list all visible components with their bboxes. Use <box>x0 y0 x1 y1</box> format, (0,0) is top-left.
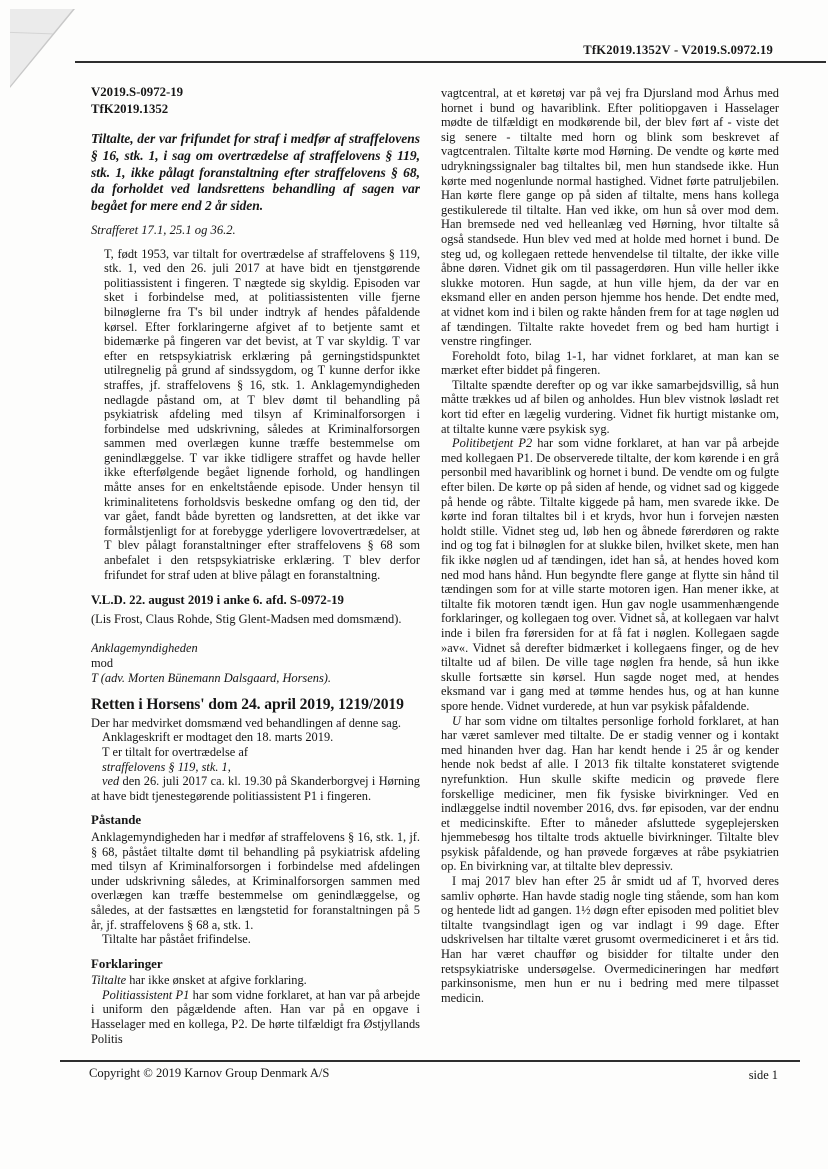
header-rule <box>75 61 826 63</box>
header-citation: TfK2019.1352V - V2019.S.0972.19 <box>583 43 773 58</box>
testimony-defendant: Tiltalte har ikke ønsket at afgive forkl… <box>91 973 420 988</box>
testimony-officer-p1: Politiassistent P1 har som vidne forklar… <box>91 988 420 1046</box>
prosecution-claim-paragraph: Anklagemyndigheden har i medfør af straf… <box>91 830 420 932</box>
copyright-line: Copyright © 2019 Karnov Group Denmark A/… <box>89 1066 329 1081</box>
testimony-witness-u-continued: I maj 2017 blev han efter 25 år smidt ud… <box>441 874 779 1005</box>
page-number: side 1 <box>749 1068 778 1083</box>
testimony-witness-u-lead: U <box>452 714 461 728</box>
page-corner-fold <box>10 9 73 86</box>
statute-reference-line: straffelovens § 119, stk. 1, <box>91 760 420 775</box>
defense-claim-line: Tiltalte har påstået frifindelse. <box>91 932 420 947</box>
case-number-secondary: TfK2019.1352 <box>91 101 420 118</box>
testimony-defendant-rest: har ikke ønsket at afgive forklaring. <box>126 973 307 987</box>
section-heading-forklaringer: Forklaringer <box>91 957 420 972</box>
right-column: vagtcentral, at et køretøj var på vej fr… <box>441 86 779 1058</box>
testimony-officer-p1-lead: Politiassistent P1 <box>102 988 189 1002</box>
testimony-witness-u: U har som vidne om tiltaltes personlige … <box>441 714 779 875</box>
headnote: Tiltalte, der var frifundet for straf i … <box>91 131 420 215</box>
charge-lead-word: ved <box>102 774 119 788</box>
testimony-officer-p2-lead: Politibetjent P2 <box>452 436 532 450</box>
left-column: V2019.S-0972-19 TfK2019.1352 Tiltalte, d… <box>91 84 420 1058</box>
intro-indictment-line: Anklageskrift er modtaget den 18. marts … <box>91 730 420 745</box>
testimony-officer-p2-rest: har som vidne forklaret, at han var på a… <box>441 436 779 713</box>
section-heading-pastande: Påstande <box>91 813 420 828</box>
document-page: TfK2019.1352V - V2019.S.0972.19 V2019.S-… <box>0 0 828 1169</box>
party-defendant: T (adv. Morten Bünemann Dalsgaard, Horse… <box>91 671 420 686</box>
photo-exhibit-paragraph: Foreholdt foto, bilag 1-1, har vidnet fo… <box>441 349 779 378</box>
intro-charge-line: T er tiltalt for overtrædelse af <box>91 745 420 760</box>
testimony-officer-p1-continued: vagtcentral, at et køretøj var på vej fr… <box>441 86 779 349</box>
testimony-defendant-lead: Tiltalte <box>91 973 126 987</box>
arrest-paragraph: Tiltalte spændte derefter op og var ikke… <box>441 378 779 436</box>
case-summary: T, født 1953, var tiltalt for overtrædel… <box>104 247 420 583</box>
parties-block: Anklagemyndigheden mod T (adv. Morten Bü… <box>91 641 420 685</box>
appeal-judgment-heading: V.L.D. 22. august 2019 i anke 6. afd. S-… <box>91 593 420 608</box>
intro-participation-line: Der har medvirket domsmænd ved behandlin… <box>91 716 420 731</box>
testimony-officer-p2: Politibetjent P2 har som vidne forklaret… <box>441 436 779 713</box>
charge-rest-text: den 26. juli 2017 ca. kl. 19.30 på Skand… <box>91 774 420 803</box>
footer-rule <box>60 1060 800 1062</box>
judges-line: (Lis Frost, Claus Rohde, Stig Glent-Mads… <box>91 612 420 627</box>
district-court-judgment-heading: Retten i Horsens' dom 24. april 2019, 12… <box>91 698 420 713</box>
party-prosecutor: Anklagemyndigheden <box>91 641 420 656</box>
case-number-primary: V2019.S-0972-19 <box>91 84 420 101</box>
subject-classification: Strafferet 17.1, 25.1 og 36.2. <box>91 223 420 238</box>
testimony-witness-u-rest: har som vidne om tiltaltes personlige fo… <box>441 714 779 874</box>
charge-description: ved den 26. juli 2017 ca. kl. 19.30 på S… <box>91 774 420 803</box>
party-versus: mod <box>91 656 420 671</box>
